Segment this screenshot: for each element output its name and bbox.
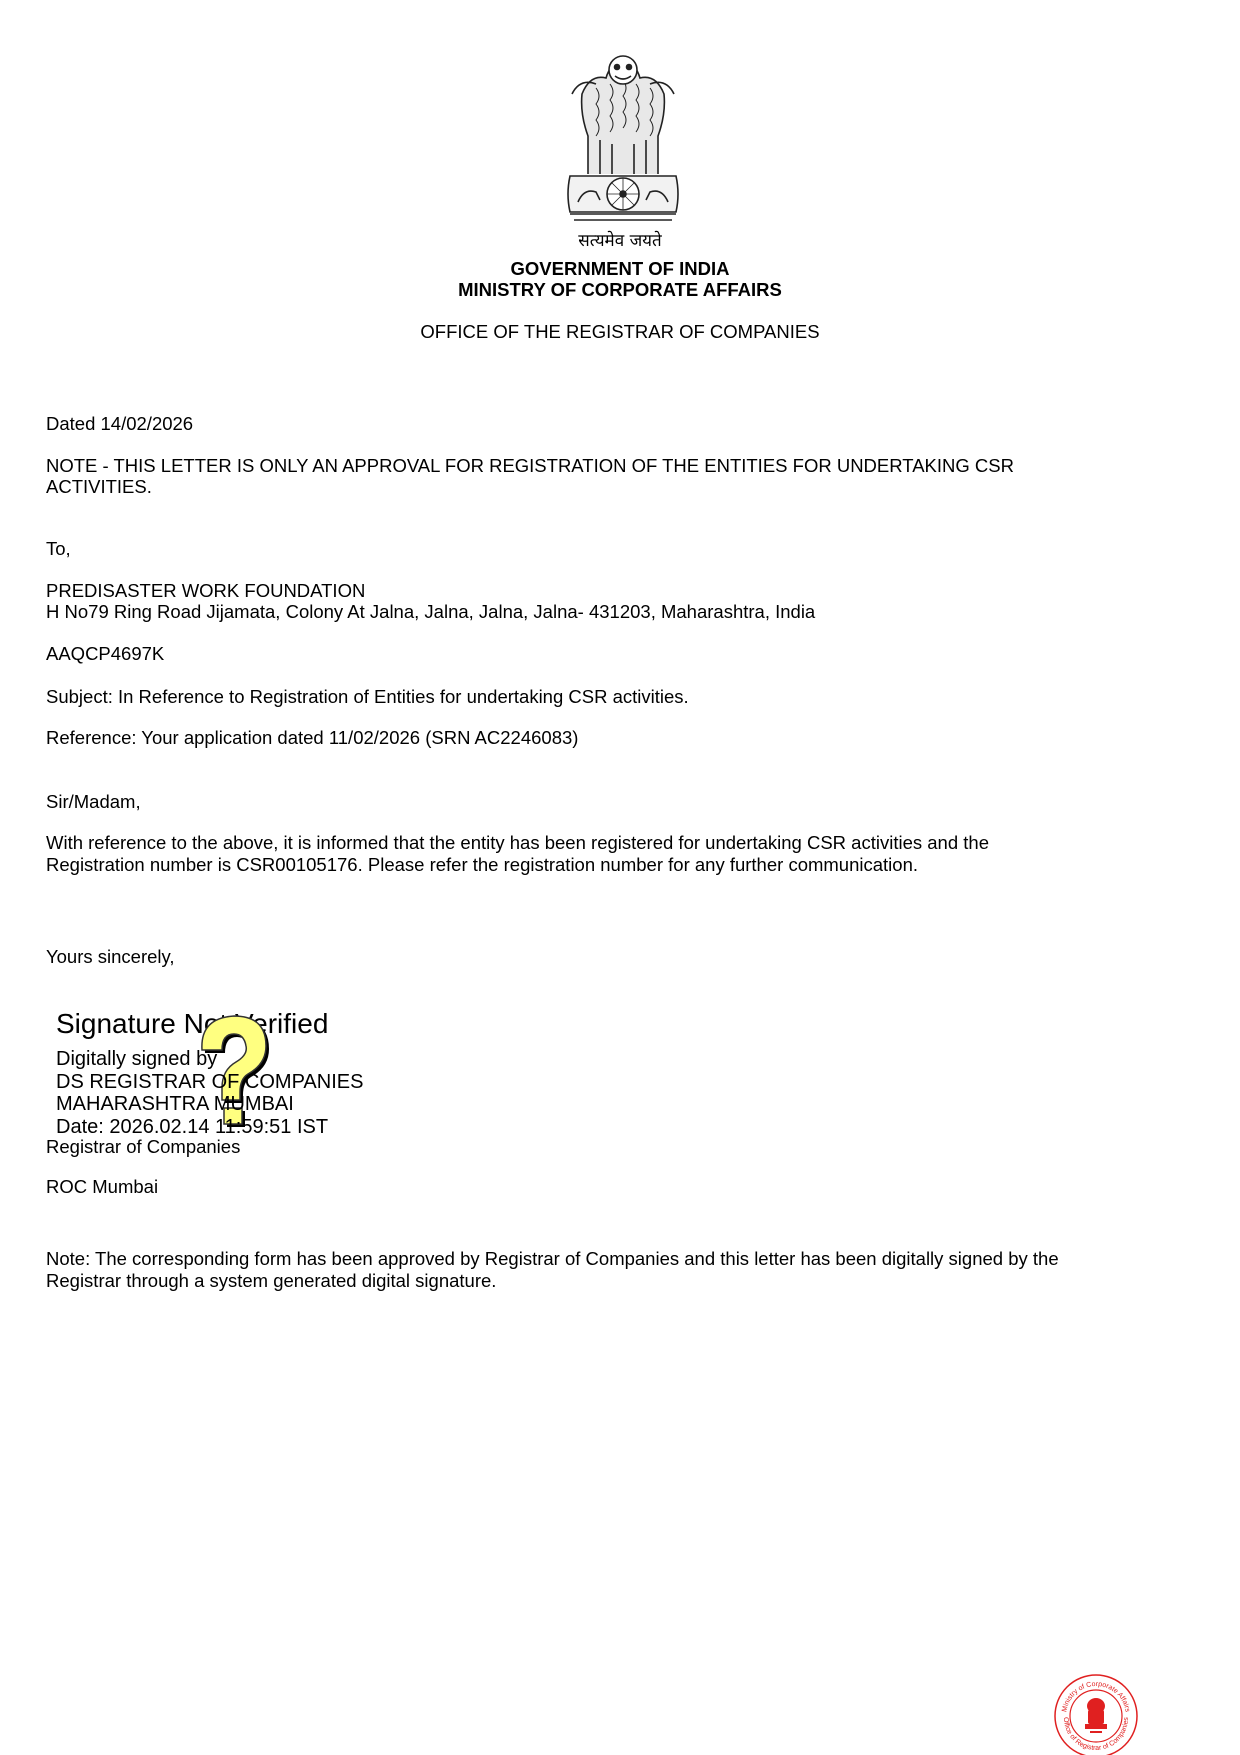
- approval-note-line2: ACTIVITIES.: [46, 476, 152, 498]
- signature-details: Digitally signed by DS REGISTRAR OF COMP…: [56, 1048, 363, 1138]
- signatory-title: Registrar of Companies: [46, 1136, 240, 1158]
- signature-date: Date: 2026.02.14 11:59:51 IST: [56, 1116, 363, 1139]
- recipient-pan: AAQCP4697K: [46, 643, 164, 665]
- approval-note-line1: NOTE - THIS LETTER IS ONLY AN APPROVAL F…: [46, 455, 1014, 477]
- national-emblem-icon: [560, 44, 686, 240]
- signed-by-label: Digitally signed by: [56, 1048, 363, 1071]
- government-heading: GOVERNMENT OF INDIA: [0, 258, 1240, 280]
- signatory-office: ROC Mumbai: [46, 1176, 158, 1198]
- letter-date: Dated 14/02/2026: [46, 413, 193, 435]
- body-line1: With reference to the above, it is infor…: [46, 832, 989, 854]
- signer-line1: DS REGISTRAR OF COMPANIES: [56, 1071, 363, 1094]
- recipient-address: H No79 Ring Road Jijamata, Colony At Jal…: [46, 601, 815, 623]
- office-heading: OFFICE OF THE REGISTRAR OF COMPANIES: [0, 321, 1240, 343]
- ministry-seal-icon: Ministry of Corporate Affairs Office of …: [1052, 1672, 1140, 1755]
- letter-reference: Reference: Your application dated 11/02/…: [46, 727, 578, 749]
- footer-note-line1: Note: The corresponding form has been ap…: [46, 1248, 1059, 1270]
- footer-note-line2: Registrar through a system generated dig…: [46, 1270, 496, 1292]
- salutation: Sir/Madam,: [46, 791, 141, 813]
- signature-status: Signature Not Verified: [56, 1008, 328, 1040]
- recipient-name: PREDISASTER WORK FOUNDATION: [46, 580, 365, 602]
- letter-subject: Subject: In Reference to Registration of…: [46, 686, 689, 708]
- national-motto: सत्यमेव जयते: [0, 228, 1240, 251]
- body-line2: Registration number is CSR00105176. Plea…: [46, 854, 918, 876]
- closing: Yours sincerely,: [46, 946, 175, 968]
- to-label: To,: [46, 538, 71, 560]
- ministry-heading: MINISTRY OF CORPORATE AFFAIRS: [0, 279, 1240, 301]
- signer-line2: MAHARASHTRA MUMBAI: [56, 1093, 363, 1116]
